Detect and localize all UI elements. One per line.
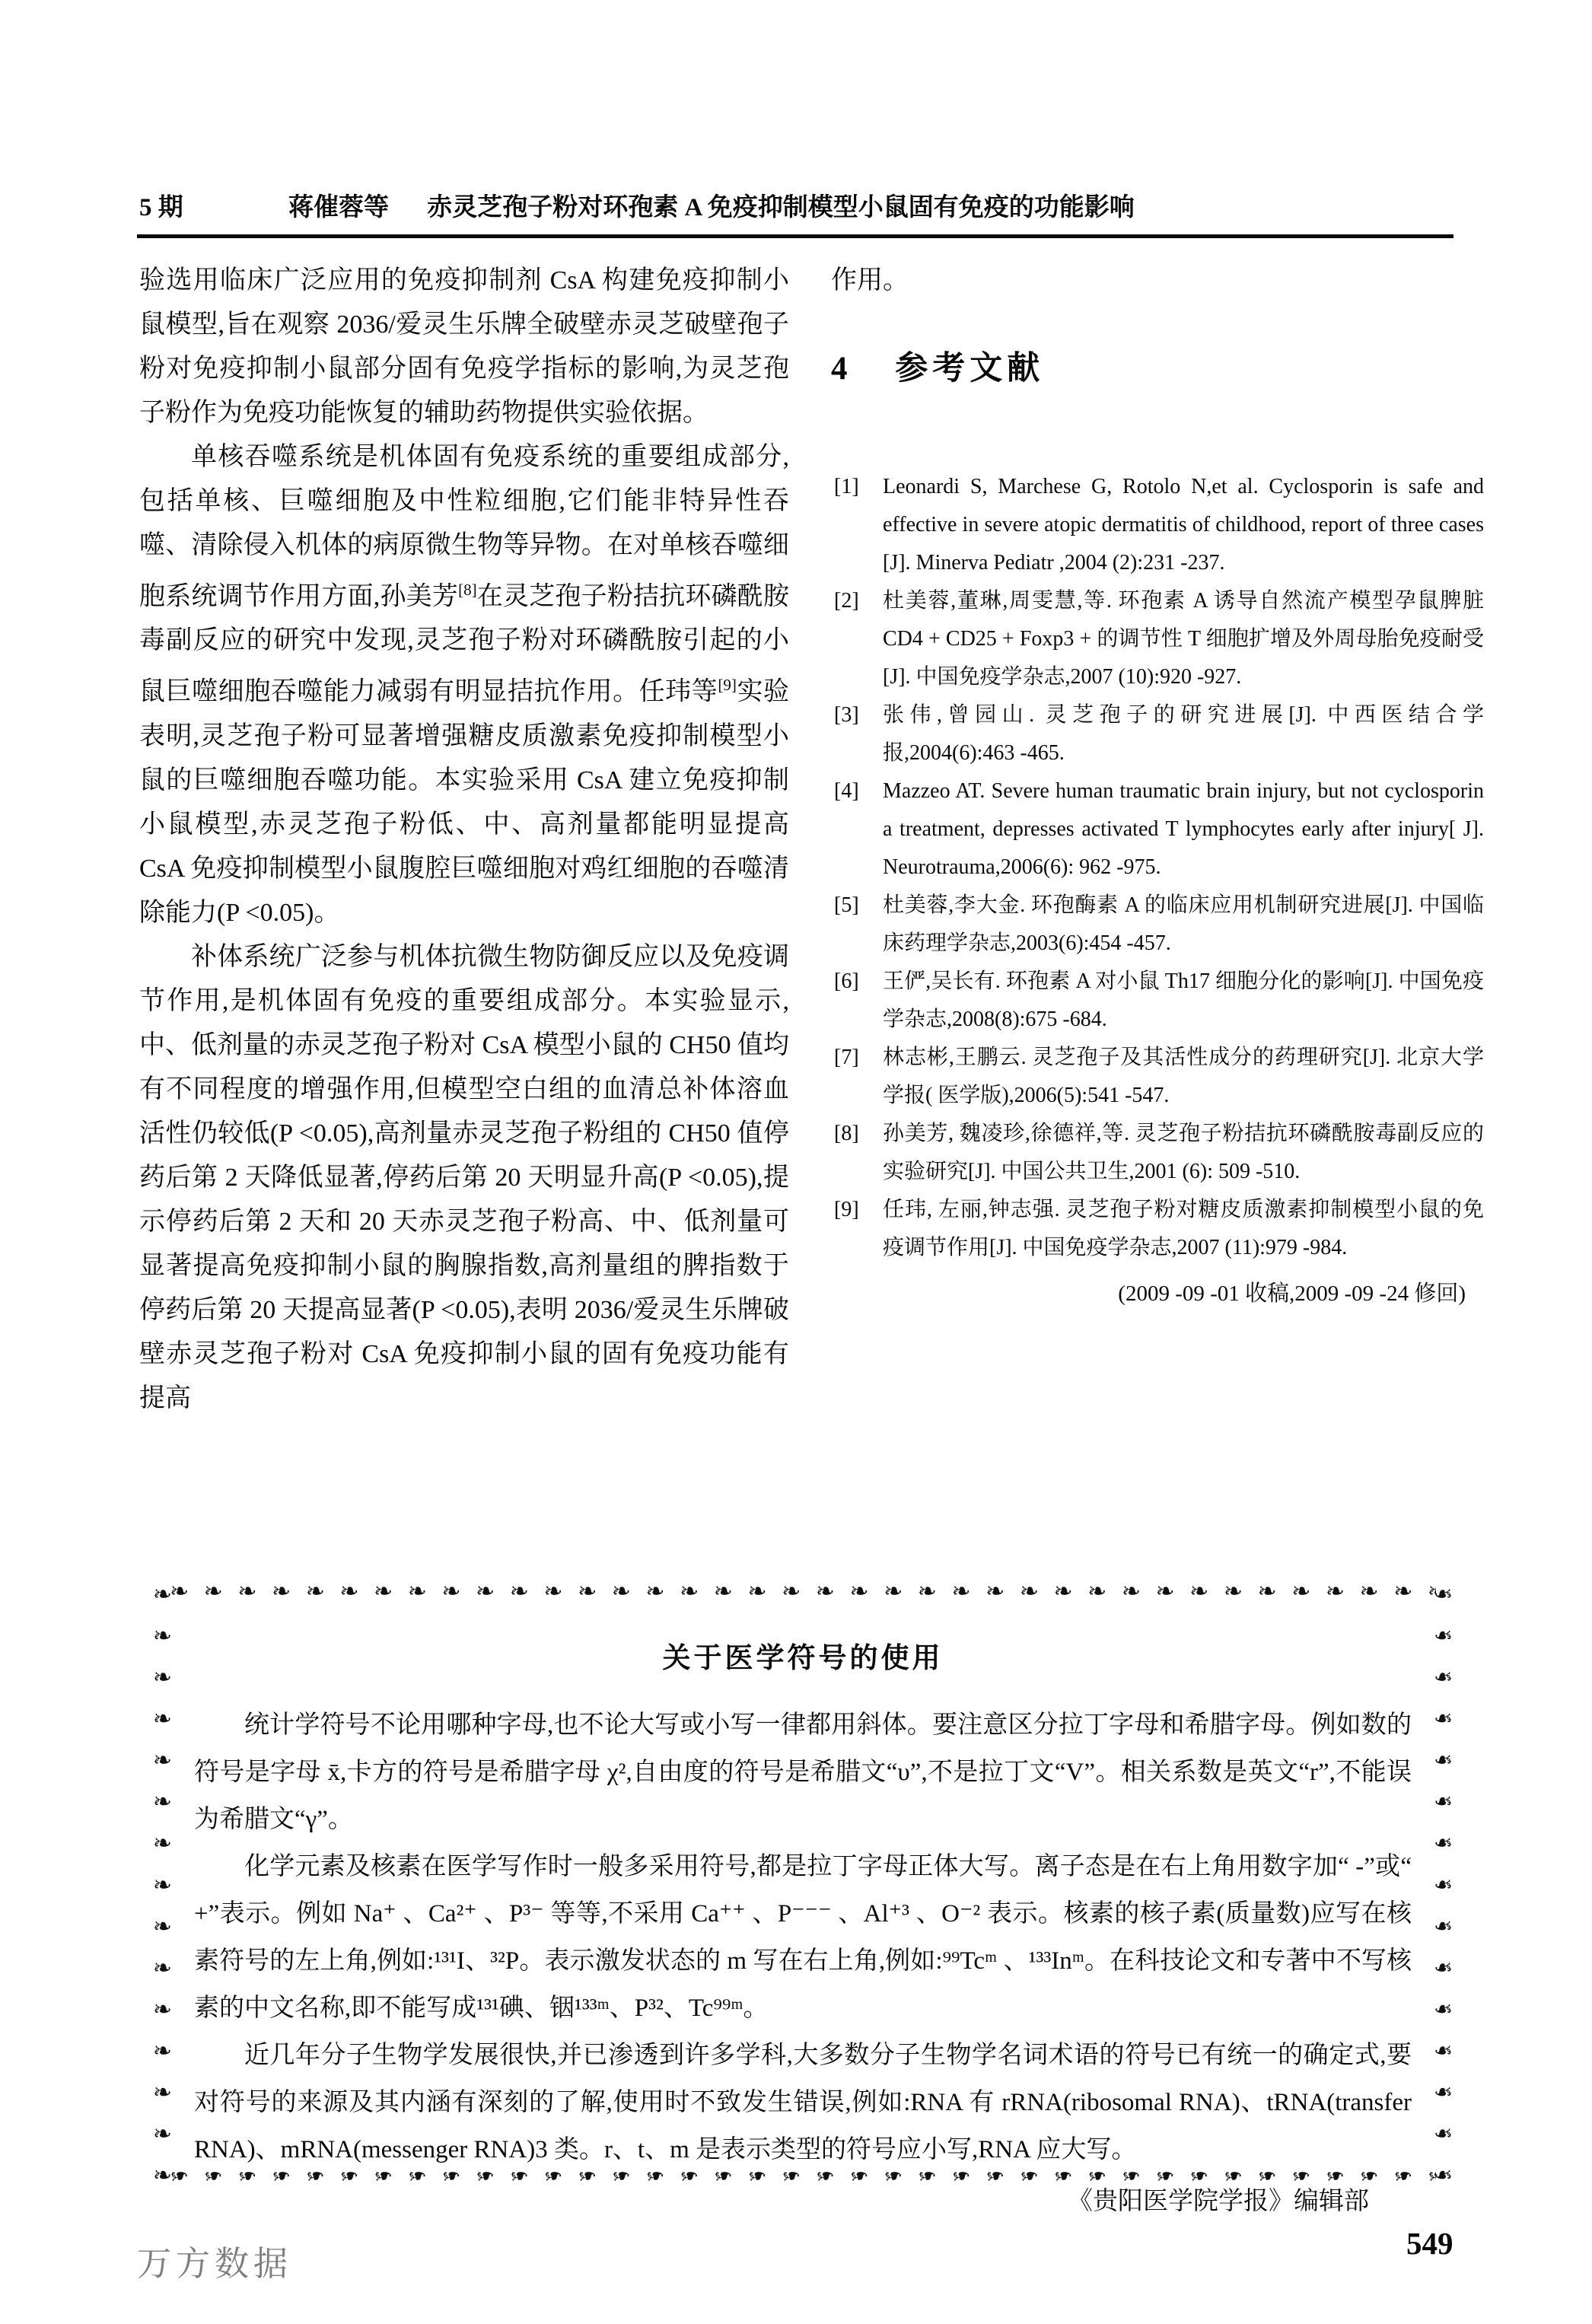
right-column: 作用。 4 参考文献 [1]Leonardi S, Marchese G, Ro… <box>831 259 1484 1313</box>
notice-title: 关于医学符号的使用 <box>194 1635 1412 1676</box>
reference-item: [2]杜美蓉,董琳,周雯慧,等. 环孢素 A 诱导自然流产模型孕鼠脾脏 CD4 … <box>831 582 1484 696</box>
reference-label: [2] <box>834 582 859 620</box>
running-head-authors: 蒋催蓉等 <box>288 187 389 223</box>
left-column: 验选用临床广泛应用的免疫抑制剂 CsA 构建免疫抑制小鼠模型,旨在观察 2036… <box>139 259 789 1421</box>
reference-label: [9] <box>834 1191 859 1229</box>
reference-item: [7]林志彬,王鹏云. 灵芝孢子及其活性成分的药理研究[J]. 北京大学学报( … <box>831 1039 1484 1115</box>
reference-text: 杜美蓉,董琳,周雯慧,等. 环孢素 A 诱导自然流产模型孕鼠脾脏 CD4 + C… <box>883 589 1484 689</box>
running-head-title: 赤灵芝孢子粉对环孢素 A 免疫抑制模型小鼠固有免疫的功能影响 <box>427 187 1135 223</box>
reference-item: [9]任玮, 左丽,钟志强. 灵芝孢子粉对糖皮质激素抑制模型小鼠的免疫调节作用[… <box>831 1191 1484 1267</box>
running-head: 5 期 蒋催蓉等 赤灵芝孢子粉对环孢素 A 免疫抑制模型小鼠固有免疫的功能影响 <box>139 187 1452 223</box>
reference-text: 孙美芳, 魏凌珍,徐德祥,等. 灵芝孢子粉拮抗环磷酰胺毒副反应的实验研究[J].… <box>883 1122 1484 1183</box>
citation-superscript-9: [9] <box>718 676 737 694</box>
paragraph-segment: 实验表明,灵芝孢子粉可显著增强糖皮质激素免疫抑制模型小鼠的巨噬细胞吞噬功能。本实… <box>139 678 789 927</box>
reference-label: [5] <box>834 887 859 925</box>
reference-label: [4] <box>834 772 859 810</box>
ornament-border-top: ❧ ❧ ❧ ❧ ❧ ❧ ❧ ❧ ❧ ❧ ❧ ❧ ❧ ❧ ❧ ❧ ❧ ❧ ❧ ❧ … <box>170 1577 1436 1607</box>
ornament-border-left: ❧ ❧ ❧ ❧ ❧ ❧ ❧ ❧ ❧ ❧ ❧ ❧ ❧ ❧ ❧ ❧ ❧ ❧ ❧ ❧ … <box>147 1581 177 2186</box>
section-title: 参考文献 <box>895 342 1044 389</box>
citation-superscript-8: [8] <box>458 581 477 599</box>
reference-item: [8]孙美芳, 魏凌珍,徐德祥,等. 灵芝孢子粉拮抗环磷酰胺毒副反应的实验研究[… <box>831 1115 1484 1191</box>
reference-text: 王俨,吴长有. 环孢素 A 对小鼠 Th17 细胞分化的影响[J]. 中国免疫学… <box>883 969 1484 1031</box>
database-watermark: 万方数据 <box>137 2236 292 2285</box>
journal-page: 5 期 蒋催蓉等 赤灵芝孢子粉对环孢素 A 免疫抑制模型小鼠固有免疫的功能影响 … <box>0 0 1592 2324</box>
notice-paragraph-molecular: 近几年分子生物学发展很快,并已渗透到许多学科,大多数分子生物学名词术语的符号已有… <box>194 2032 1412 2173</box>
notice-paragraph-elements: 化学元素及核素在医学写作时一般多采用符号,都是拉丁字母正体大写。离子态是在右上角… <box>194 1843 1412 2032</box>
reference-item: [6]王俨,吴长有. 环孢素 A 对小鼠 Th17 细胞分化的影响[J]. 中国… <box>831 963 1484 1039</box>
notice-paragraph-statistics: 统计学符号不论用哪种字母,也不论大写或小写一律都用斜体。要注意区分拉丁字母和希腊… <box>194 1702 1412 1843</box>
reference-item: [4]Mazzeo AT. Severe human traumatic bra… <box>831 772 1484 887</box>
body-paragraph-complement: 补体系统广泛参与机体抗微生物防御反应以及免疫调节作用,是机体固有免疫的重要组成部… <box>139 935 789 1421</box>
editorial-notice-box: ❧ ❧ ❧ ❧ ❧ ❧ ❧ ❧ ❧ ❧ ❧ ❧ ❧ ❧ ❧ ❧ ❧ ❧ ❧ ❧ … <box>147 1577 1459 2190</box>
reference-label: [8] <box>834 1115 859 1153</box>
notice-content: 关于医学符号的使用 统计学符号不论用哪种字母,也不论大写或小写一律都用斜体。要注… <box>194 1613 1412 2157</box>
body-paragraph-continuation: 验选用临床广泛应用的免疫抑制剂 CsA 构建免疫抑制小鼠模型,旨在观察 2036… <box>139 259 789 435</box>
notice-body: 统计学符号不论用哪种字母,也不论大写或小写一律都用斜体。要注意区分拉丁字母和希腊… <box>194 1702 1412 2173</box>
reference-item: [3]张伟,曾园山. 灵芝孢子的研究进展[J]. 中西医结合学报,2004(6)… <box>831 696 1484 772</box>
reference-text: 杜美蓉,李大金. 环孢酶素 A 的临床应用机制研究进展[J]. 中国临床药理学杂… <box>883 893 1484 955</box>
page-number: 549 <box>1406 2225 1453 2262</box>
reference-item: [1]Leonardi S, Marchese G, Rotolo N,et a… <box>831 468 1484 582</box>
reference-label: [1] <box>834 468 859 506</box>
reference-label: [6] <box>834 963 859 1001</box>
issue-number: 5 期 <box>139 187 183 223</box>
received-dates: (2009 -09 -01 收稿,2009 -09 -24 修回) <box>831 1275 1466 1313</box>
references-heading: 4 参考文献 <box>831 342 1484 389</box>
ornament-border-right: ❧ ❧ ❧ ❧ ❧ ❧ ❧ ❧ ❧ ❧ ❧ ❧ ❧ ❧ ❧ ❧ ❧ ❧ ❧ ❧ … <box>1428 1581 1459 2186</box>
reference-label: [7] <box>834 1039 859 1077</box>
reference-list: [1]Leonardi S, Marchese G, Rotolo N,et a… <box>831 468 1484 1267</box>
notice-signature: 《贵阳医学院学报》编辑部 <box>194 2178 1369 2225</box>
reference-label: [3] <box>834 696 859 734</box>
section-number: 4 <box>831 350 848 387</box>
reference-item: [5]杜美蓉,李大金. 环孢酶素 A 的临床应用机制研究进展[J]. 中国临床药… <box>831 887 1484 963</box>
reference-text: 任玮, 左丽,钟志强. 灵芝孢子粉对糖皮质激素抑制模型小鼠的免疫调节作用[J].… <box>883 1198 1484 1259</box>
header-rule <box>137 234 1453 238</box>
reference-text: 张伟,曾园山. 灵芝孢子的研究进展[J]. 中西医结合学报,2004(6):46… <box>883 703 1484 765</box>
sentence-continuation: 作用。 <box>831 259 1484 303</box>
body-paragraph-phagocyte: 单核吞噬系统是机体固有免疫系统的重要组成部分,包括单核、巨噬细胞及中性粒细胞,它… <box>139 435 789 935</box>
reference-text: Leonardi S, Marchese G, Rotolo N,et al. … <box>883 475 1484 575</box>
reference-text: Mazzeo AT. Severe human traumatic brain … <box>883 779 1484 879</box>
reference-text: 林志彬,王鹏云. 灵芝孢子及其活性成分的药理研究[J]. 北京大学学报( 医学版… <box>883 1046 1484 1107</box>
